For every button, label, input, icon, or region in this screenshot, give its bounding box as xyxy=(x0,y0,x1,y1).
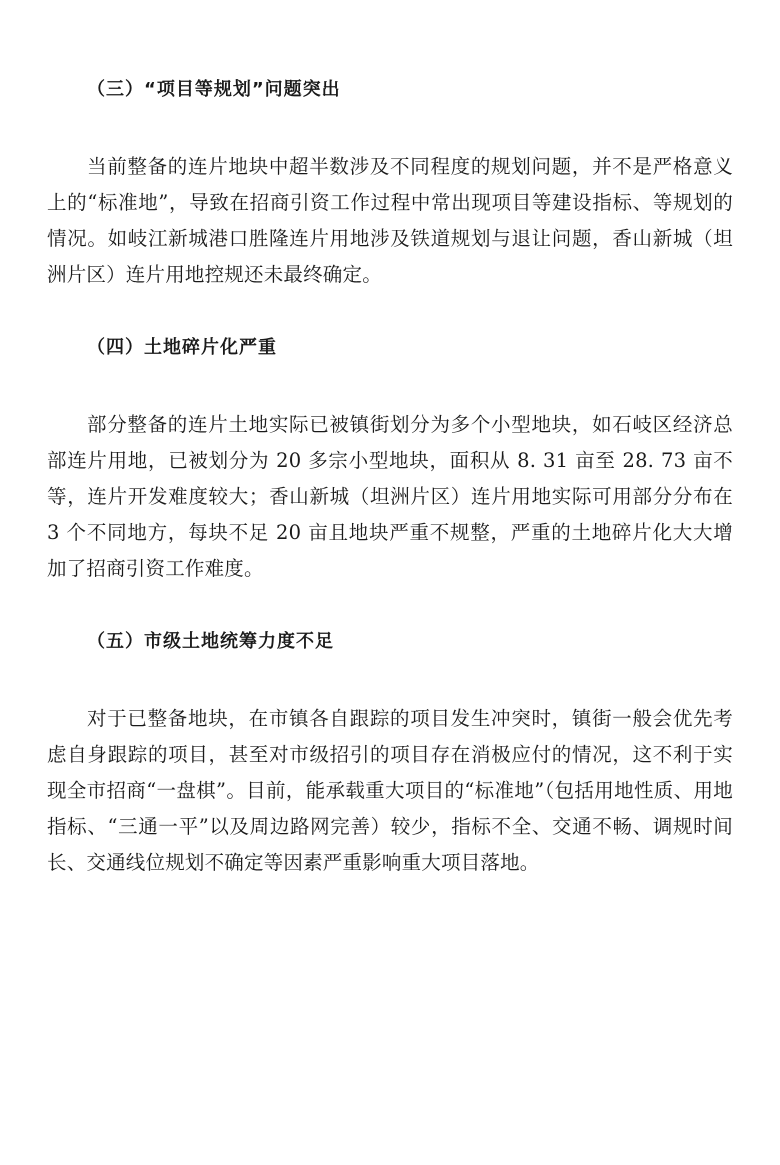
section-heading: （四）土地碎片化严重 xyxy=(47,330,733,366)
section-3: （三）“项目等规划”问题突出 当前整备的连片地块中超半数涉及不同程度的规划问题，… xyxy=(47,72,733,293)
section-paragraph: 部分整备的连片土地实际已被镇街划分为多个小型地块，如石岐区经济总部连片用地，已被… xyxy=(47,407,733,587)
section-paragraph: 当前整备的连片地块中超半数涉及不同程度的规划问题，并不是严格意义上的“标准地”，… xyxy=(47,149,733,293)
section-5: （五）市级土地统筹力度不足 对于已整备地块，在市镇各自跟踪的项目发生冲突时，镇街… xyxy=(47,624,733,881)
section-4: （四）土地碎片化严重 部分整备的连片土地实际已被镇街划分为多个小型地块，如石岐区… xyxy=(47,330,733,587)
section-paragraph: 对于已整备地块，在市镇各自跟踪的项目发生冲突时，镇街一般会优先考虑自身跟踪的项目… xyxy=(47,701,733,881)
section-heading: （五）市级土地统筹力度不足 xyxy=(47,624,733,660)
document-page: （三）“项目等规划”问题突出 当前整备的连片地块中超半数涉及不同程度的规划问题，… xyxy=(47,72,733,881)
section-heading: （三）“项目等规划”问题突出 xyxy=(47,72,733,108)
